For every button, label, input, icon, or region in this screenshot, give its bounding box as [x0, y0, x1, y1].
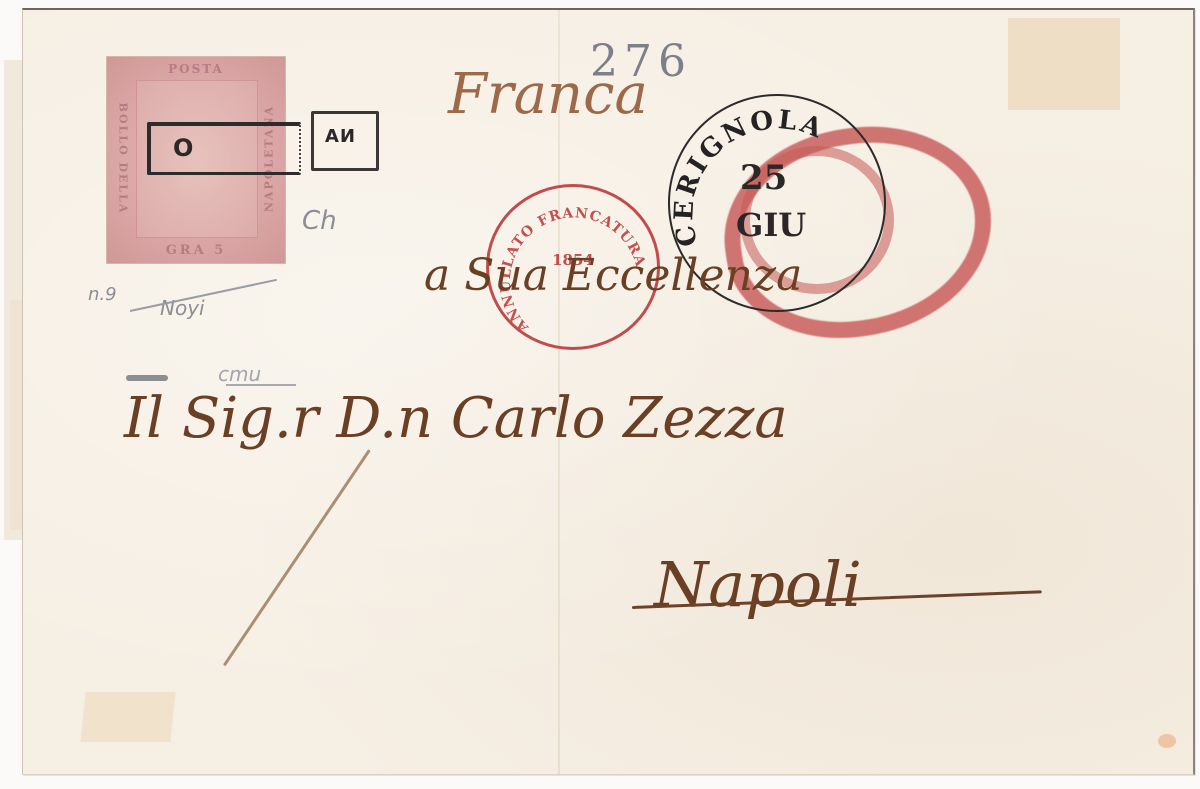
pencil-note: cmu — [218, 362, 261, 386]
pencil-signature: Ch — [302, 206, 337, 236]
address-line-2: Il Sig.r D.n Carlo Zezza — [124, 386, 788, 451]
boxed-cancel-offset-text: NA — [324, 126, 355, 147]
foxing-spot — [1158, 734, 1176, 748]
boxed-cancel-on-stamp: O — [147, 122, 301, 175]
pencil-dash-mark — [126, 375, 168, 381]
address-city: Napoli — [654, 548, 862, 621]
pencil-note-number: n.9 — [88, 284, 117, 305]
datestamp-day: 25 — [740, 158, 787, 198]
manuscript-franco: Franca — [448, 62, 648, 127]
stamp-top-label: POSTA — [106, 62, 286, 76]
boxed-cancel-offset: NA — [311, 111, 379, 171]
datestamp-month: GIU — [736, 206, 806, 244]
hinge-stain-top-right — [1008, 18, 1120, 110]
address-line-1: a Sua Eccellenza — [424, 250, 802, 301]
stamp-value-label: GRA 5 — [106, 243, 286, 258]
hinge-stain-bottom-left — [80, 692, 175, 742]
boxed-cancel-text: O — [173, 134, 195, 162]
stamp-left-label: BOLLO DELLA — [117, 84, 130, 234]
